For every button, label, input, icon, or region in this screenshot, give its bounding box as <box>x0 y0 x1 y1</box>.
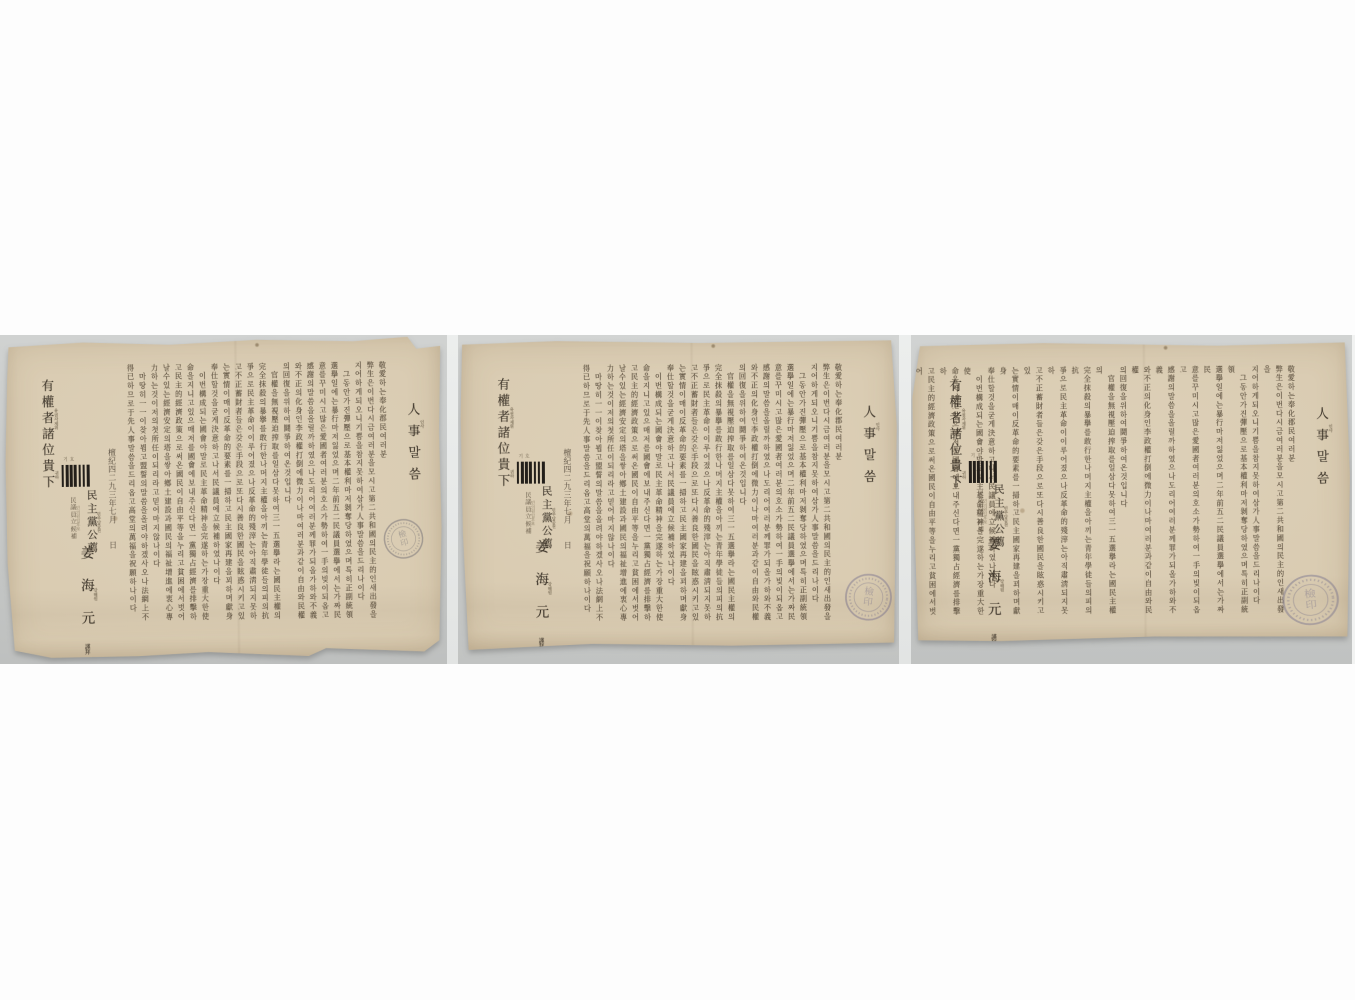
document-title: 人事인사말씀 <box>1312 365 1335 617</box>
document-title: 人事인사말씀 <box>859 363 881 624</box>
body-columns: 敬愛하는奉化郡民여러분弊生은이번다시금여러분을모시고第二共和國의民主的인새出發을… <box>580 363 845 625</box>
ballot-bar <box>973 460 976 482</box>
documents-strip: 人事인사말씀 敬愛하는奉化郡民여러분弊生은이번다시금여러분을모시고第二共和國의民… <box>0 335 1355 664</box>
candidacy-label: 民議員立候補민의원입후보 <box>523 492 536 535</box>
text-column: 의回復을위하여鬪爭하여온것입니다 <box>736 364 749 625</box>
text-column: 와不正의化身인李政權打倒에微力이나마여러분과같이自由와民權 <box>748 364 761 625</box>
document-text-flow: 人事인사말씀 敬愛하는奉化郡民여러분弊生은이번다시금여러분을모시고第二共和國의民… <box>574 363 881 625</box>
photo-copy-2: 人事인사말씀 敬愛하는奉化郡民여러분弊生은이번다시금여러분을모시고第二共和國의民… <box>458 335 899 664</box>
ballot-symbol-label: 기호 <box>519 453 547 459</box>
text-column: 感謝의말씀을올릴까하였으나도리어여러분께罪가되올가하와不義 <box>760 364 773 625</box>
text-column: 고不正蓄財者들은갖은手段으로또다시善良한國民을眩惑시키고있 <box>688 364 701 625</box>
recipient-line: 有權者諸位유권자제위貴下귀하 <box>38 379 60 491</box>
text-column: 그동안가진彈壓으로基本權利마저剝奪당하였으며특히正副統領 <box>796 363 809 624</box>
ballot-bar <box>61 465 64 487</box>
ballot-bar <box>74 465 77 487</box>
date-line: 檀紀四二九三年七月 日 <box>560 364 574 625</box>
ballot-bar <box>70 465 73 487</box>
photo-seam <box>447 335 458 664</box>
title-hanja: 人事인사 <box>1314 407 1328 450</box>
candidacy-label: 民議員立候補민의원입후보 <box>68 497 82 540</box>
text-column: 敬愛하는奉化郡民여러분 <box>832 363 845 624</box>
ballot-symbol: 기호 <box>61 457 91 487</box>
text-column: 지어하게되오니기쁨을참지못하여삼가人事말씀을드리나이다 <box>1249 365 1263 617</box>
title-hangul: 말씀 <box>1315 450 1329 493</box>
ballot-bar <box>542 461 545 483</box>
photo-page: 人事인사말씀 敬愛하는奉化郡民여러분弊生은이번다시금여러분을모시고第二共和國의民… <box>0 0 1355 1000</box>
text-column: 고不正蓄財者들은갖은手段으로또다시善良한國民을眩惑시키고있 <box>1021 367 1047 619</box>
text-column: 고民主的經濟政策으로써온國民이自由平等을누리고貧困에서벗어 <box>628 364 641 625</box>
text-column: 奉仕할것을굳게決意하고나서民議員에立候補하였나이다 <box>664 364 677 625</box>
text-column: 그동안가진彈壓으로基本權利마저剝奪당하였으며특히正副統領 <box>1225 365 1251 617</box>
closing-sign: 謹拜 <box>84 643 90 655</box>
ballot-symbol-label: 기호 <box>971 452 999 458</box>
document-text-flow: 人事인사말씀 敬愛하는奉化郡民여러분弊生은이번다시금여러분을모시고第二共和國의民… <box>118 361 427 635</box>
text-column: 고民主的經濟政策으로써온國民이自由平等을누리고貧困에서벗어 <box>913 367 939 619</box>
text-column: 弊生은이번다시금여러분을모시고第二共和國의民主的인새出發을 <box>1261 365 1287 617</box>
candidate-name: 姜海元강해원謹拜 <box>75 546 99 656</box>
candidacy-label: 民議員立候補민의원입후보 <box>975 490 988 533</box>
photo-seam <box>899 335 911 664</box>
recipient-line: 有權者諸位유권자제위貴下귀하 <box>494 378 515 490</box>
ballot-bar <box>82 465 85 487</box>
ballot-bars-icon <box>517 461 547 483</box>
text-column: 選擧일에는暴行마저잃었으며二年前五二民議員選擧에서는가짜民 <box>784 363 797 624</box>
ballot-symbol: 기호 <box>969 452 999 482</box>
text-column: 날수있는經濟安定의塔을쌓아鄕土建設과國民의福祉增進에衷心專 <box>616 364 629 625</box>
ballot-bar <box>990 460 993 482</box>
document-title: 人事인사말씀 <box>403 361 427 631</box>
ballot-symbol-label: 기호 <box>63 457 91 463</box>
ballot-bar <box>517 461 520 483</box>
flyer-sheet: 人事인사말씀 敬愛하는奉化郡民여러분弊生은이번다시금여러분을모시고第二共和國의民… <box>912 341 1351 644</box>
text-column: 爭으로民主革命이이루어졌으나反革命的殘滓는아직肅淸되지못하 <box>700 364 713 625</box>
body-columns: 敬愛하는奉化郡民여러분弊生은이번다시금여러분을모시고第二共和國의民主的인새出發을… <box>124 361 391 634</box>
text-column: 意를꾸미시고많은愛國者여러분의호소가勢하여一手의빚이되옵고 <box>772 364 785 625</box>
election-flyer-document: 人事인사말씀 敬愛하는奉化郡民여러분弊生은이번다시금여러분을모시고第二共和國의民… <box>912 341 1351 644</box>
text-column: 命을지니고있으매저를國會에보내주신다면一黨獨占經濟를排擊하 <box>640 364 653 625</box>
ballot-bars-icon <box>969 460 999 482</box>
ballot-bar <box>87 465 90 487</box>
text-column: 마땅히一一이찾아뵙고盟誓의말씀을올려야하겠사오나法網上不 <box>592 364 605 625</box>
date-line: 檀紀四二九三年七月 日 <box>104 364 120 634</box>
ballot-bar <box>521 461 524 483</box>
title-hangul: 말씀 <box>862 448 876 491</box>
recipient-line: 有權者諸位유권자제위貴下귀하 <box>946 379 968 491</box>
text-column: 와不正의化身인李政權打倒에微力이나마여러분과같이自由와民權 <box>1129 366 1155 618</box>
ballot-bar <box>529 461 532 483</box>
text-column: 는實情이매이反革命的要素를一掃하고民主國家再建을꾀하며獻身 <box>676 364 689 625</box>
flyer-sheet: 人事인사말씀 敬愛하는奉化郡民여러분弊生은이번다시금여러분을모시고第二共和國의民… <box>4 336 444 659</box>
text-column: 完全抹殺의暴擧를敢行한나머지主權을아끼는青年學徒들의피의抗 <box>712 364 725 625</box>
candidate-name: 姜海元강해원謹拜 <box>982 536 1005 645</box>
text-column: 官權을無視壓迫搾取를일삼다못하여三一五選擧라는國民主權의 <box>724 364 737 625</box>
ballot-symbol: 기호 <box>517 453 547 483</box>
text-column: 敬愛하는奉化郡民여러분 <box>1285 365 1299 617</box>
ballot-bar <box>977 460 980 482</box>
ballot-bar <box>985 460 988 482</box>
ballot-bar <box>66 465 69 487</box>
ballot-bar <box>533 461 536 483</box>
text-column: 弊生은이번다시금여러분을모시고第二共和國의民主的인새出發을 <box>820 363 833 624</box>
text-column: 得已하므로于先人事말씀을드리옵고高堂의萬福을祝願하나이다 <box>580 364 593 625</box>
ballot-bars-icon <box>61 465 91 487</box>
election-flyer-document: 人事인사말씀 敬愛하는奉化郡民여러분弊生은이번다시금여러분을모시고第二共和國의民… <box>460 339 897 650</box>
text-column: 力하는것이저의첫所任이되리라고믿어마지않나이다 <box>604 364 617 625</box>
text-column: 完全抹殺의暴擧를敢行한나머지主權을아끼는青年學徒들의피의抗 <box>1069 366 1095 618</box>
ballot-bar <box>994 460 997 482</box>
text-column: 意를꾸미시고많은愛國者여러분의호소가勢하여一手의빚이되옵고 <box>1177 366 1203 618</box>
closing-sign: 謹拜 <box>990 634 996 646</box>
ballot-bar <box>78 465 81 487</box>
photo-copy-3: 人事인사말씀 敬愛하는奉化郡民여러분弊生은이번다시금여러분을모시고第二共和國의民… <box>911 335 1352 664</box>
title-hanja: 人事인사 <box>406 403 421 446</box>
ballot-bar <box>981 460 984 482</box>
closing-sign: 謹拜 <box>537 637 543 649</box>
text-column: 지어하게되오니기쁨을참지못하여삼가人事말씀을드리나이다 <box>808 363 821 624</box>
ballot-bar <box>969 460 972 482</box>
text-column: 爭으로民主革命이이루어졌으나反革命的殘滓는아직肅淸되지못하 <box>1045 366 1071 618</box>
text-column: 官權을無視壓迫搾取를일삼다못하여三一五選擧라는國民主權의 <box>1093 366 1119 618</box>
title-hanja: 人事인사 <box>862 405 876 448</box>
document-text-flow: 人事인사말씀 敬愛하는奉化郡民여러분弊生은이번다시금여러분을모시고第二共和國의民… <box>1027 365 1335 619</box>
title-hangul: 말씀 <box>406 446 421 489</box>
text-column: 의回復을위하여鬪爭하여온것입니다 <box>1117 366 1131 618</box>
candidate-name: 姜海元강해원謹拜 <box>530 540 553 649</box>
ballot-bar <box>525 461 528 483</box>
text-column: 이번構成되는國會야말로民主革命精神을完遂하는가장重大한使 <box>652 364 665 625</box>
photo-copy-1: 人事인사말씀 敬愛하는奉化郡民여러분弊生은이번다시금여러분을모시고第二共和國의民… <box>0 335 447 664</box>
text-column: 選擧일에는暴行마저잃었으며二年前五二民議員選擧에서는가짜民 <box>1201 365 1227 617</box>
text-column: 感謝의말씀을올릴까하였으나도리어여러분께罪가되올가하와不義 <box>1153 366 1179 618</box>
body-columns: 敬愛하는奉化郡民여러분弊生은이번다시금여러분을모시고第二共和國의民主的인새出發을… <box>911 365 1299 620</box>
flyer-sheet: 人事인사말씀 敬愛하는奉化郡民여러분弊生은이번다시금여러분을모시고第二共和國의民… <box>460 339 897 650</box>
ballot-bar <box>538 461 541 483</box>
election-flyer-document: 人事인사말씀 敬愛하는奉化郡民여러분弊生은이번다시금여러분을모시고第二共和國의民… <box>4 336 444 659</box>
